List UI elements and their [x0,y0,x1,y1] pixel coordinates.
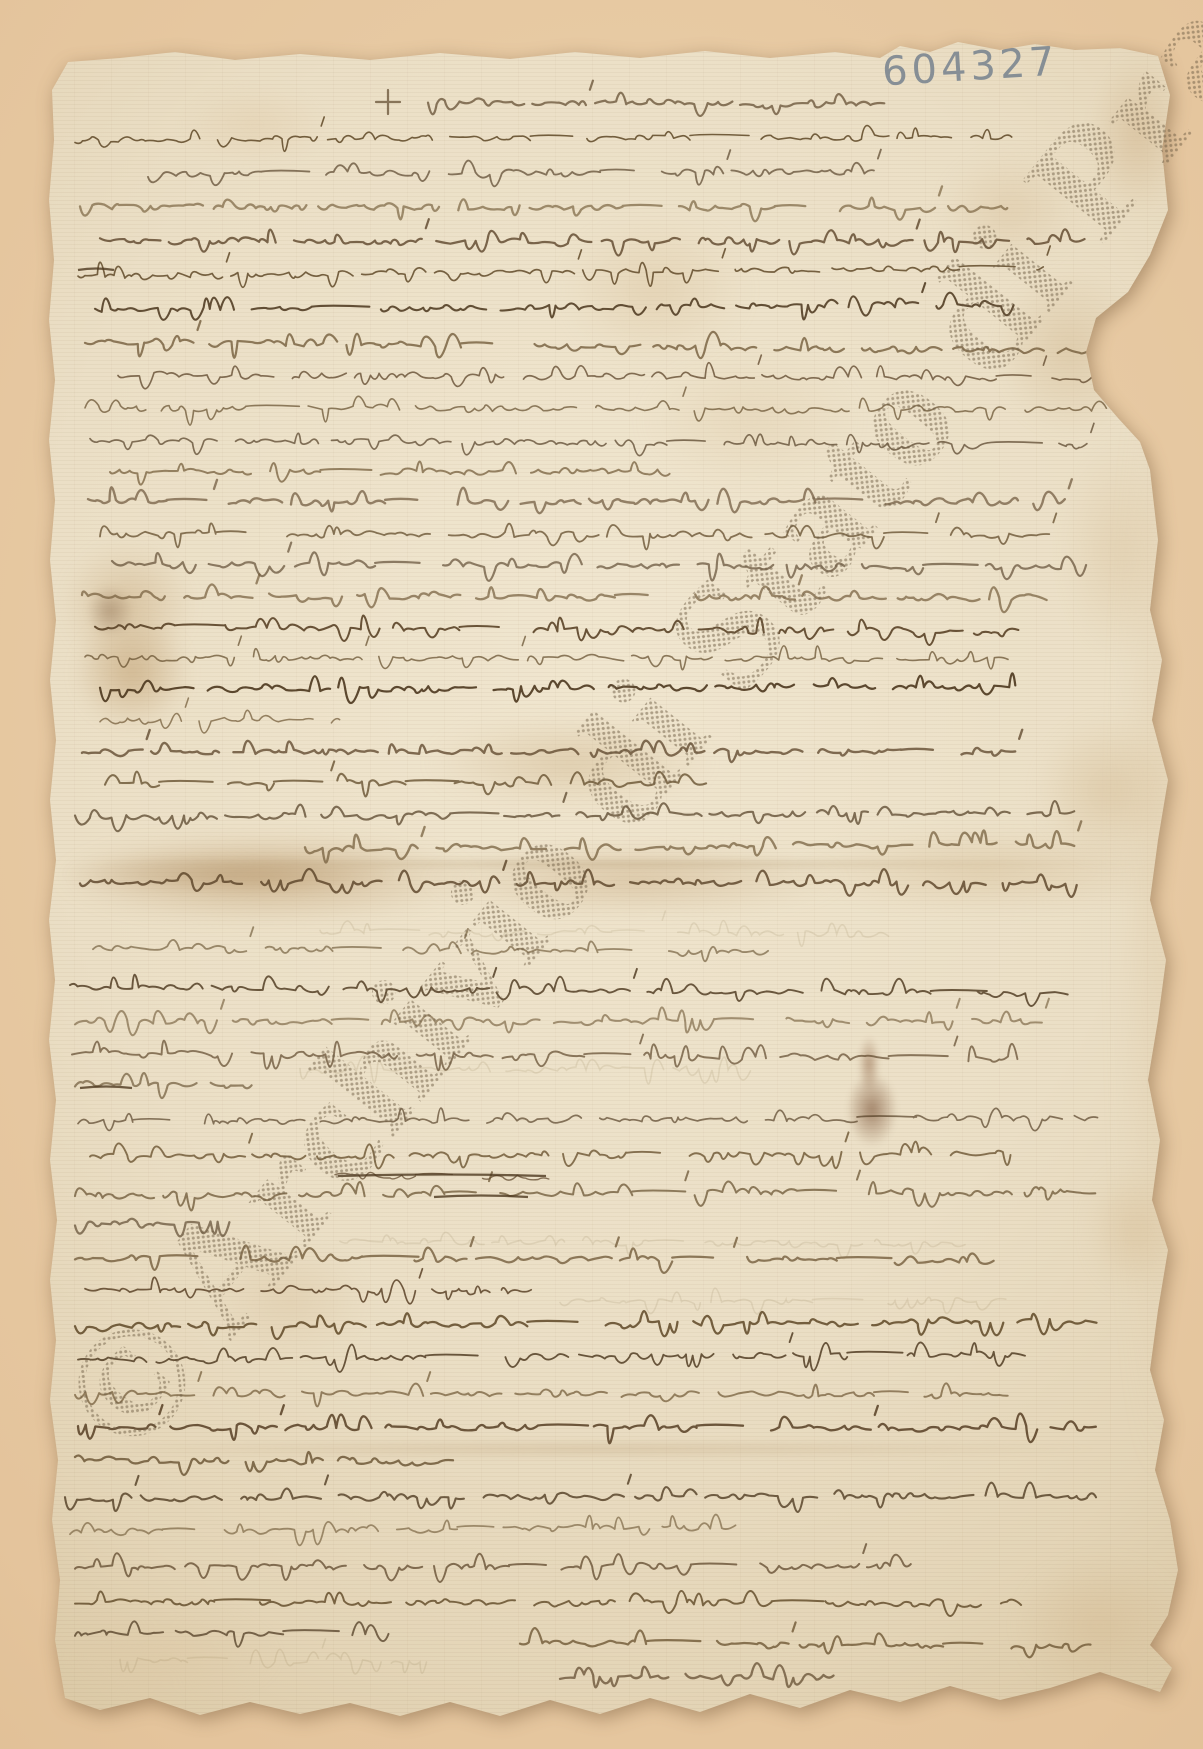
archive-watermark: © Archivio di Stato di Prato [0,0,1203,1749]
photo-backdrop: 604327 © Archivio di Stato di Prato [0,0,1203,1749]
watermark-text: © Archivio di Stato di Prato [25,0,1203,1484]
